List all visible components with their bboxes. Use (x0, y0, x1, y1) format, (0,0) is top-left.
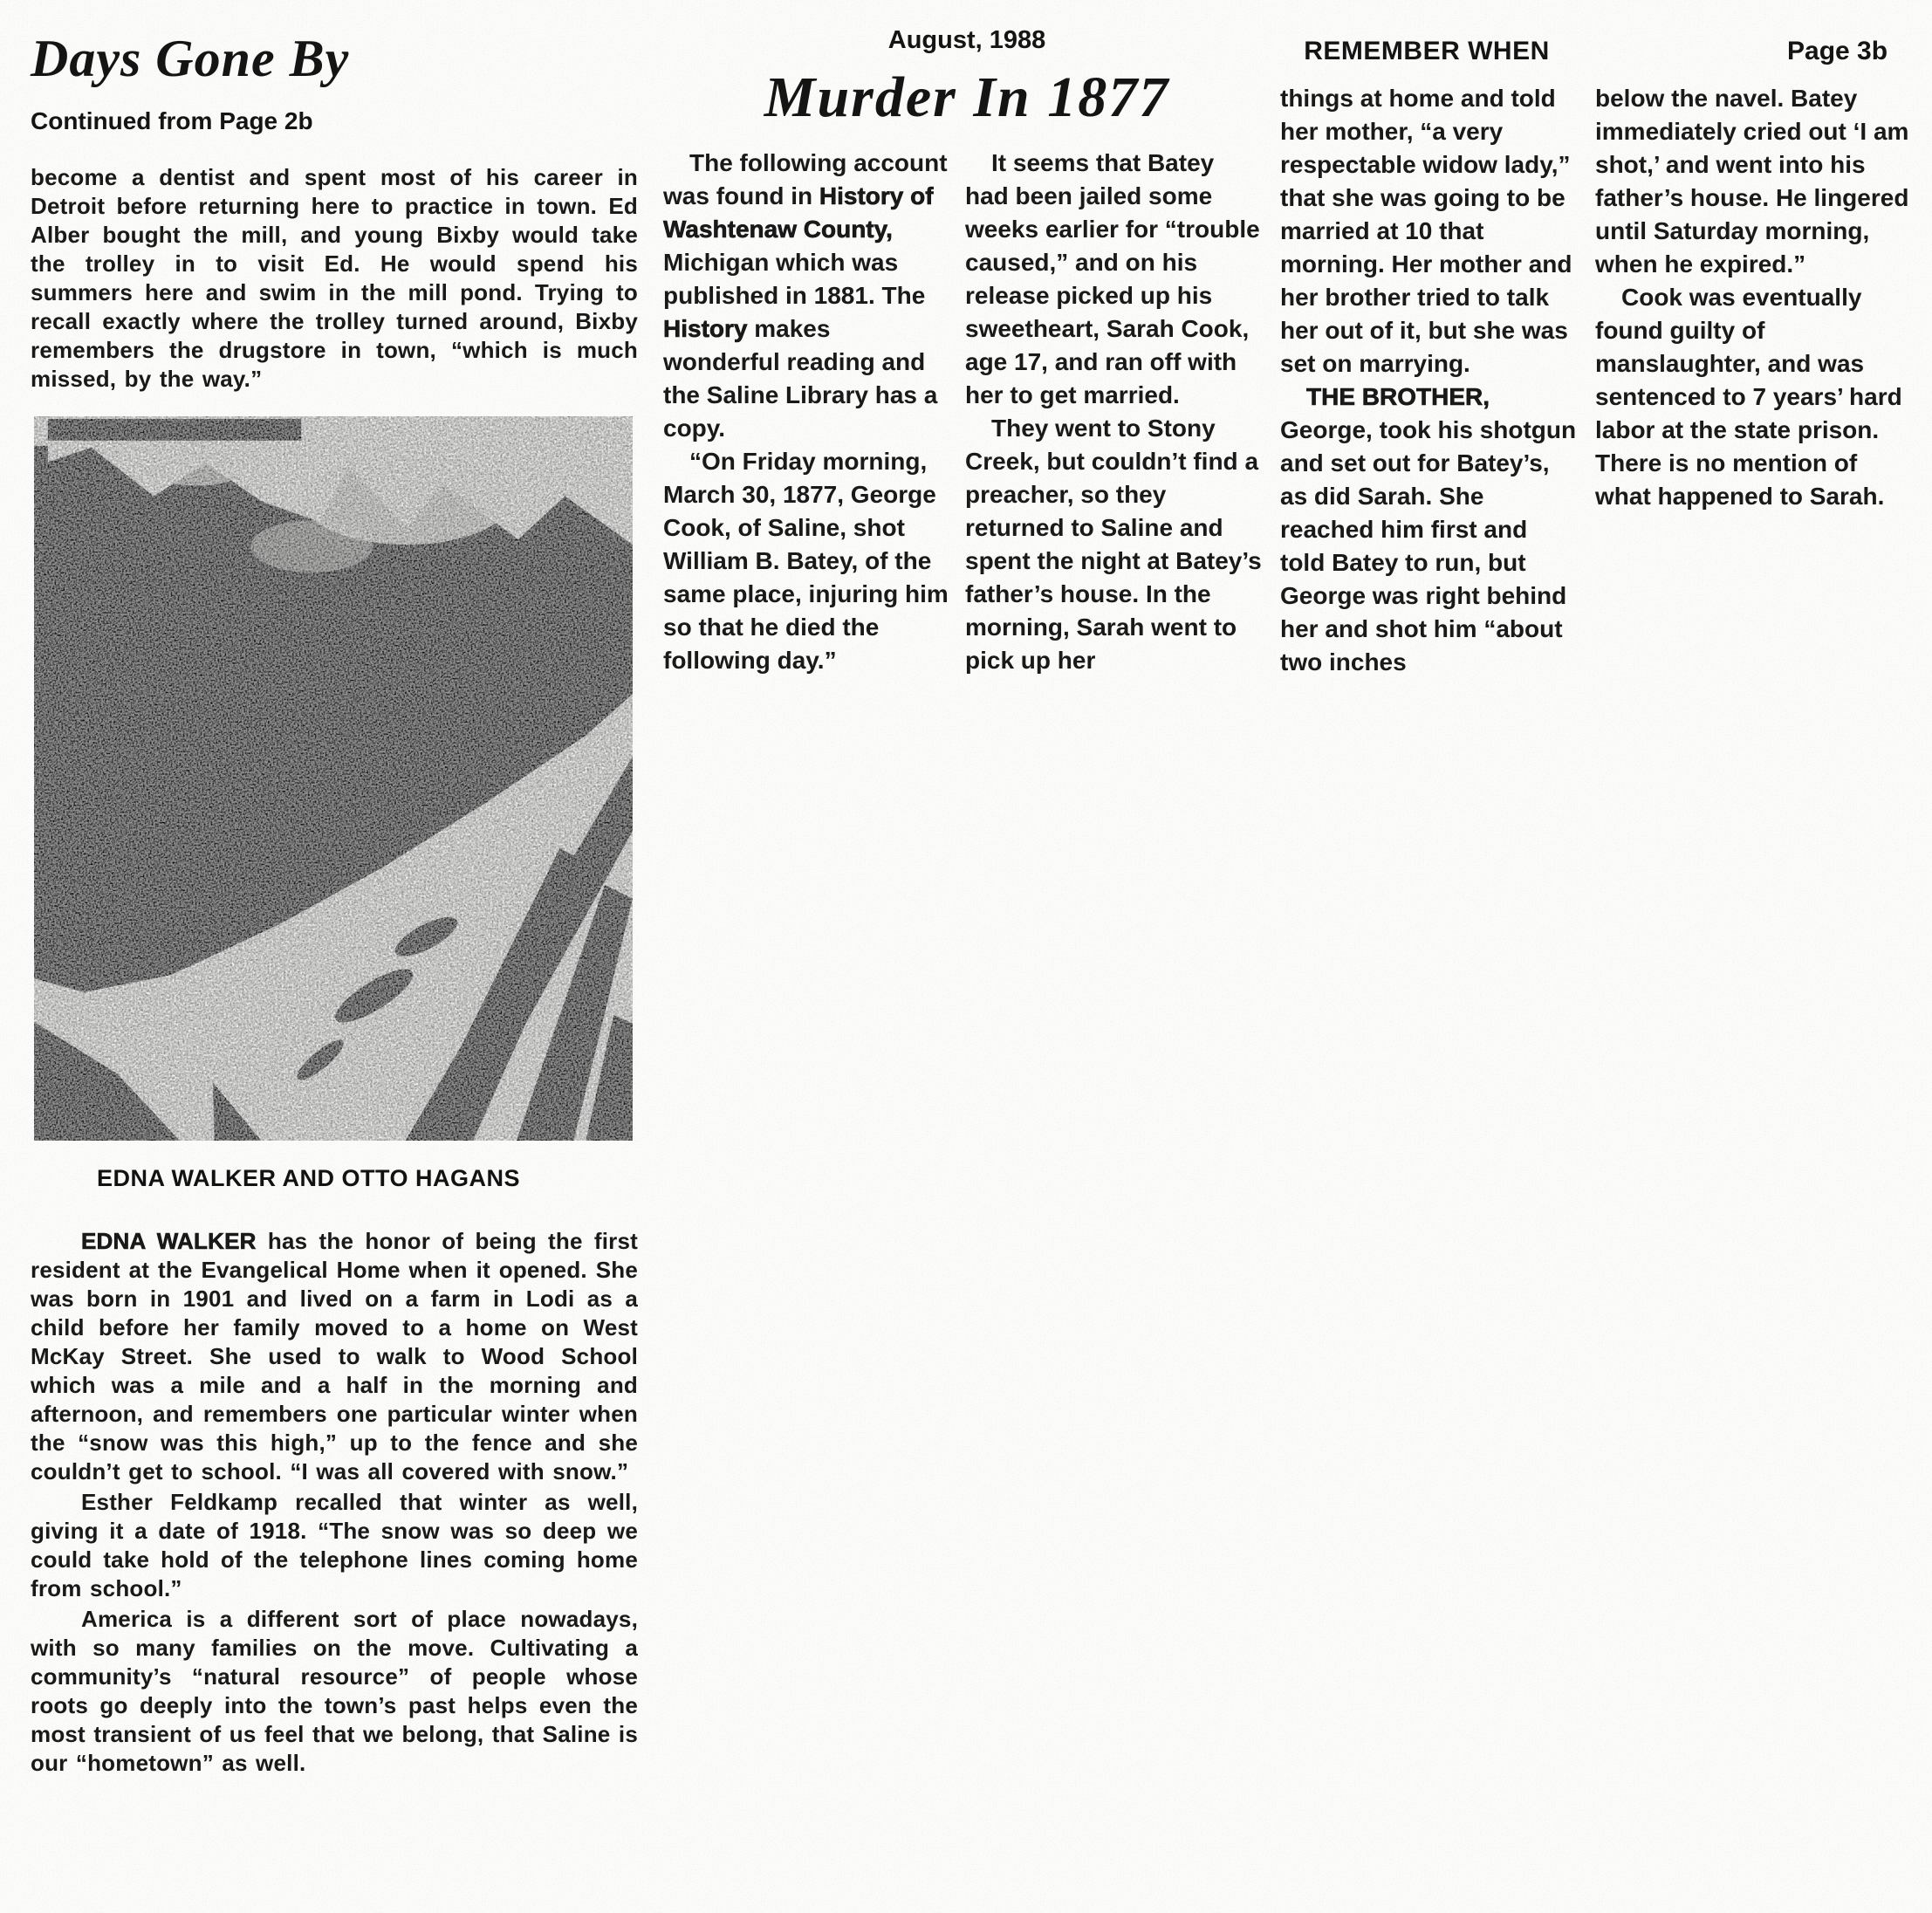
photo-figure: EDNA WALKER AND OTTO HAGANS (34, 416, 633, 1192)
paragraph: below the navel. Batey immediately cried… (1595, 82, 1911, 281)
paragraph: They went to Stony Creek, but couldn’t f… (965, 412, 1264, 677)
article-title: Days Gone By (31, 31, 638, 86)
paragraph: things at home and told her mother, “a v… (1280, 82, 1577, 381)
article-paragraph: America is a different sort of place now… (31, 1605, 638, 1778)
paragraph: Cook was eventually found guilty of mans… (1595, 281, 1911, 513)
halftone-photo (34, 416, 633, 1141)
photo-caption: EDNA WALKER AND OTTO HAGANS (97, 1165, 633, 1192)
paragraph: The following account was found in Histo… (663, 147, 951, 445)
murder-column-4: below the navel. Batey immediately cried… (1595, 82, 1911, 513)
masthead-date: August, 1988 (661, 26, 1272, 55)
murder-headline: Murder In 1877 (661, 65, 1272, 131)
masthead-section: REMEMBER WHEN (1280, 37, 1573, 66)
article-paragraph: EDNA WALKER has the honor of being the f… (31, 1227, 638, 1486)
article-paragraph: become a dentist and spent most of his c… (31, 163, 638, 394)
paragraph: It seems that Batey had been jailed some… (965, 147, 1264, 412)
murder-column-3: things at home and told her mother, “a v… (1280, 82, 1577, 679)
masthead-page-number: Page 3b (1787, 37, 1887, 66)
newspaper-page: August, 1988 Murder In 1877 REMEMBER WHE… (0, 0, 1932, 1913)
days-gone-by-article: Days Gone By Continued from Page 2b beco… (31, 31, 638, 1778)
article-paragraph: Esther Feldkamp recalled that winter as … (31, 1488, 638, 1603)
murder-column-1: The following account was found in Histo… (663, 147, 951, 677)
continued-from-note: Continued from Page 2b (31, 107, 638, 135)
paragraph: THE BROTHER, George, took his shotgun an… (1280, 381, 1577, 679)
murder-column-2: It seems that Batey had been jailed some… (965, 147, 1264, 677)
paragraph: “On Friday morning, March 30, 1877, Geor… (663, 445, 951, 677)
